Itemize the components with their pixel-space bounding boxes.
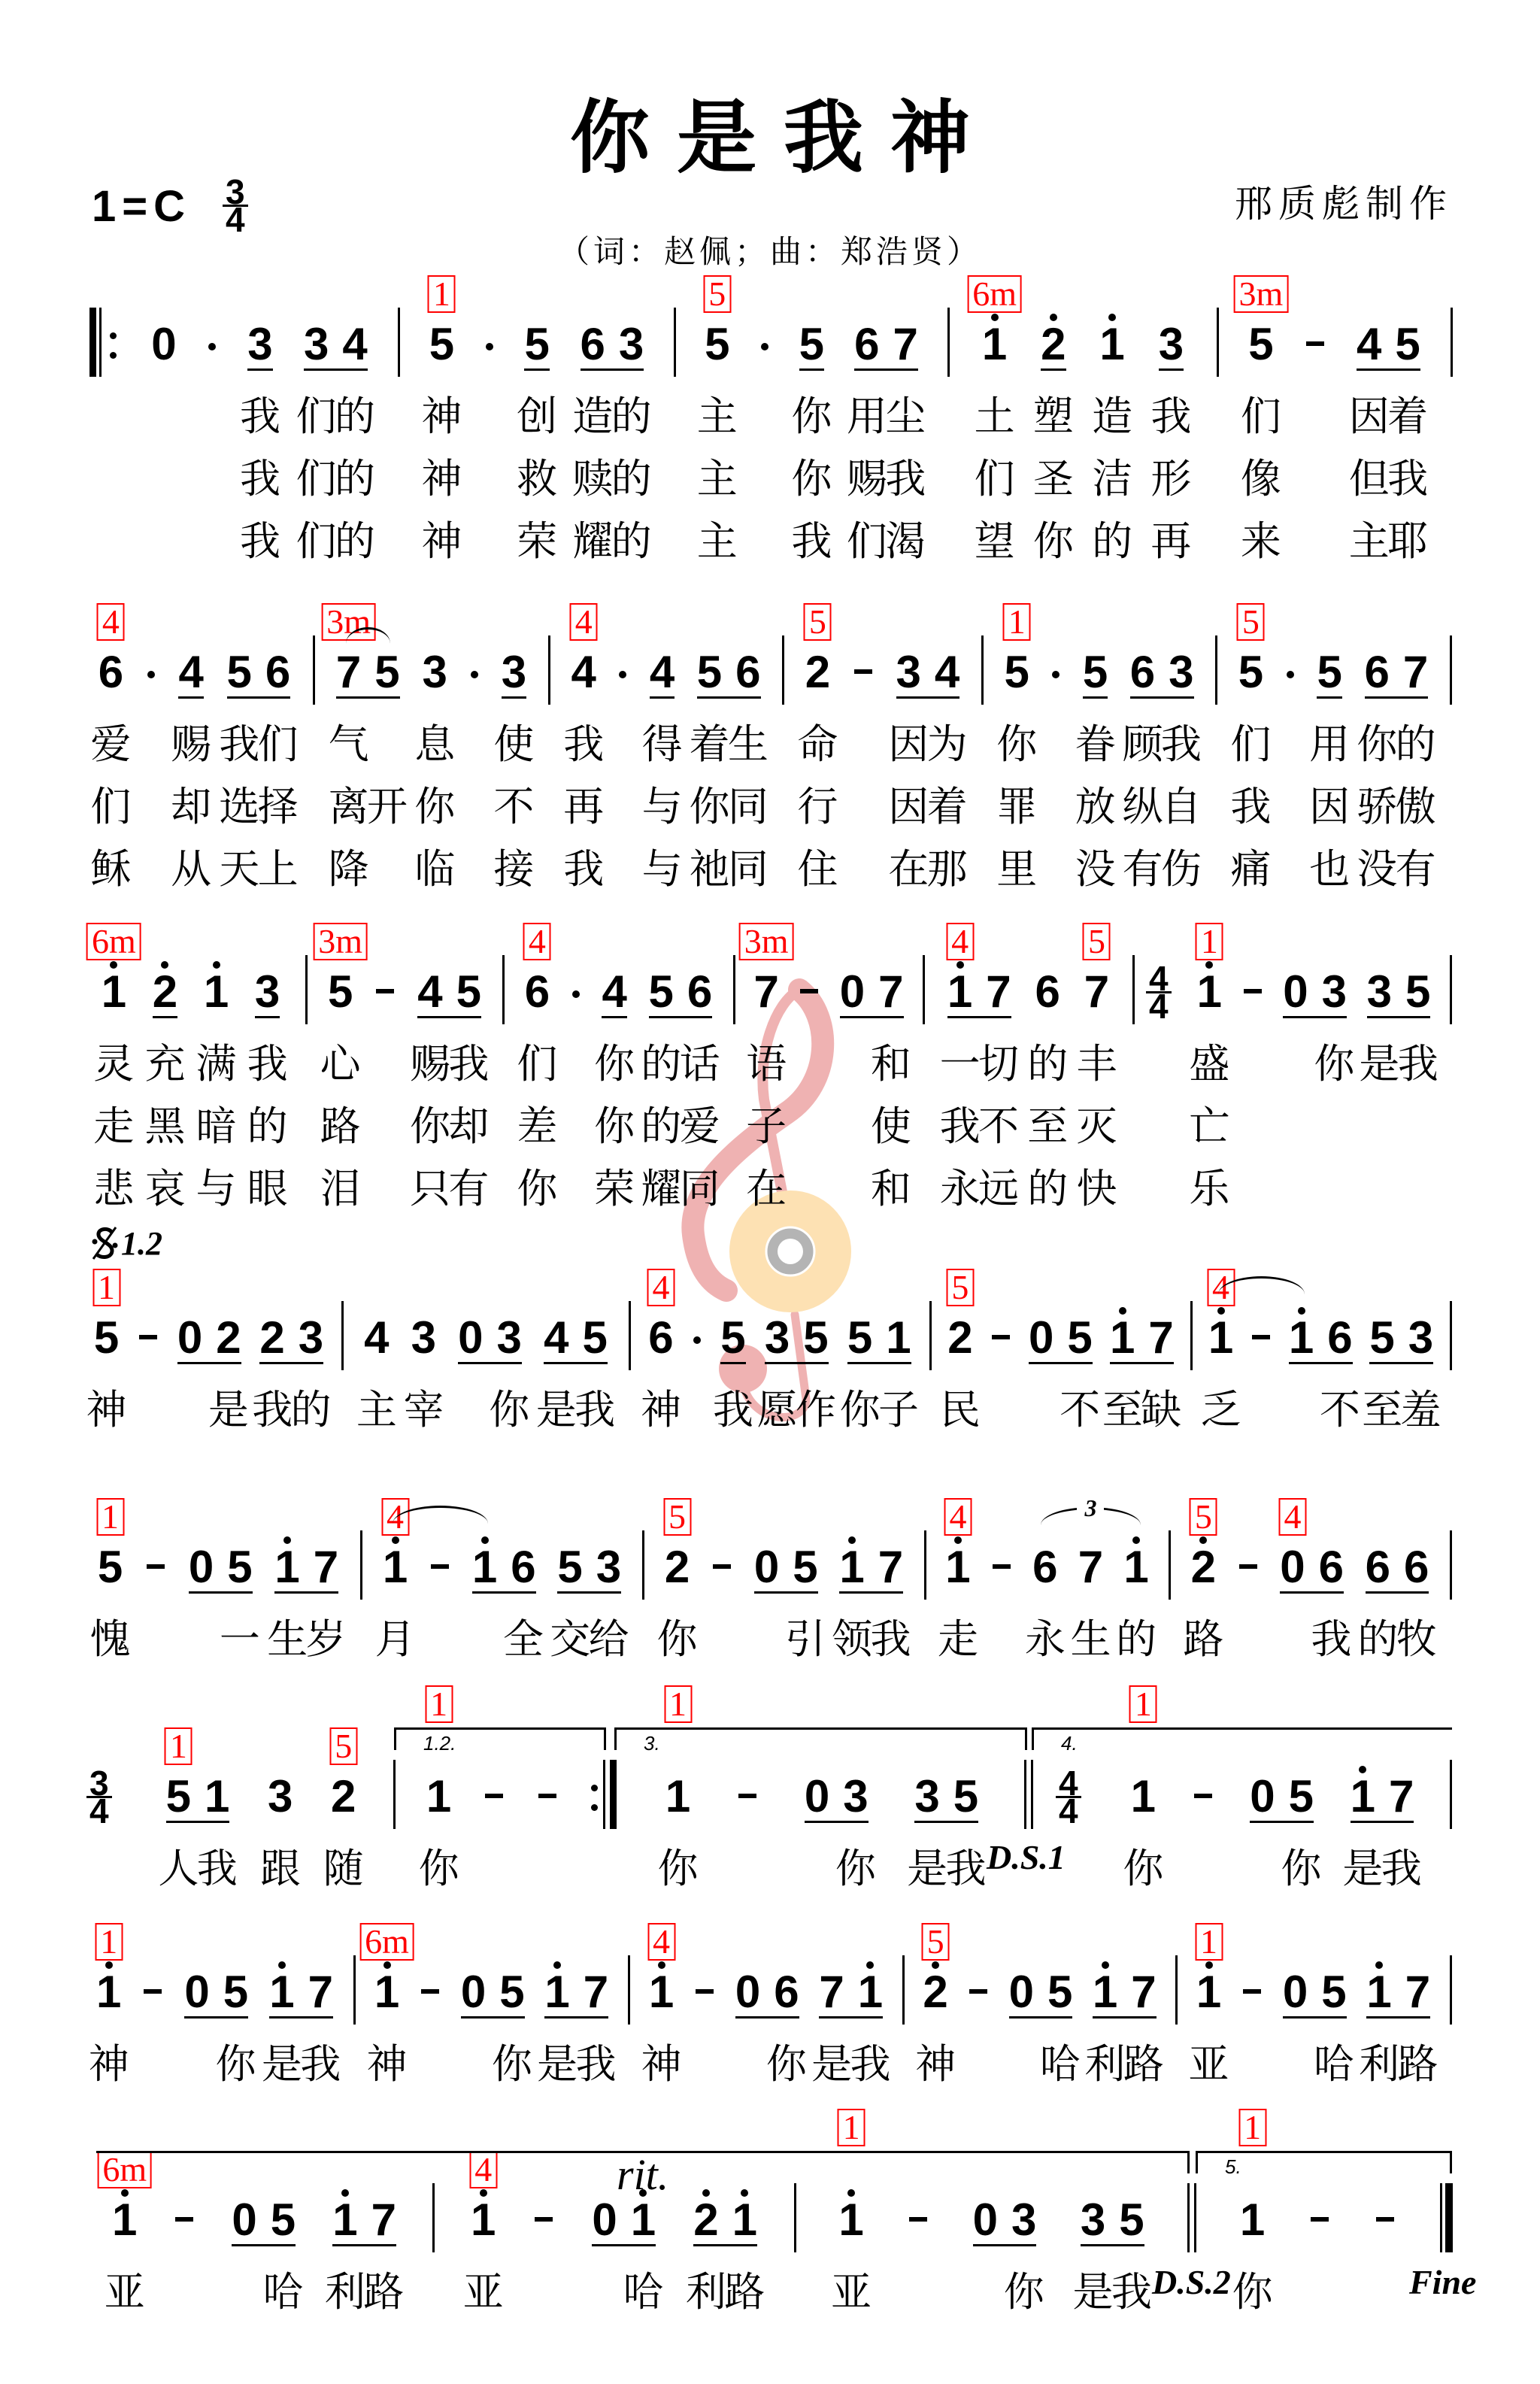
chord-box: 3m [1234,275,1289,313]
measure: 16m213 [948,322,1217,372]
lyric-char: 放 [1069,784,1122,830]
note: 5 [1395,322,1420,367]
note: 6 [774,1970,799,2015]
high-octave-dot [1132,1536,1140,1544]
note: 16m [102,969,126,1015]
ending-label: 5. [1225,2157,1241,2176]
high-octave-dot [213,961,220,969]
beam-group: 147 [947,969,1011,1018]
note: 5 [557,1545,582,1590]
note: 11 [96,1970,121,2015]
lyric-char: 眼 [241,1166,294,1212]
augmentation-dot [208,322,217,367]
high-octave-dot [1050,314,1057,321]
measure: 110517 [1094,1774,1451,1824]
measure: 16m0517 [75,2197,433,2247]
beam-group: 73m5 [336,650,400,699]
note: 5 [1119,2197,1144,2243]
note: 2 [693,2197,718,2243]
note: 5 [1289,1774,1314,1819]
chord-box: 1 [92,1269,120,1306]
note: 3 [619,322,644,367]
barline [1451,308,1453,377]
note: 11 [1197,969,1222,1015]
lyric-char: 路 [1177,1616,1229,1663]
note: 4 [417,969,442,1015]
beam-group: 4 [602,969,626,1018]
note: 55 [705,322,729,367]
note: 7 [314,1545,338,1590]
high-octave-dot [866,1961,874,1969]
time-signature: 44 [1054,1770,1083,1824]
beam-group: 046 [1280,1545,1344,1594]
measure: 2504666 [1169,1545,1451,1594]
lyric-char: 乐 [1183,1166,1235,1212]
dash [1309,2197,1330,2243]
ritardando-mark: rit. [617,2153,668,2197]
lyric-char: 赐 [165,721,217,768]
lyric-char: 生 [1064,1616,1117,1663]
dash [991,1545,1012,1590]
chord-box: 5 [663,1498,691,1536]
lyric-char: 路 [314,1103,367,1150]
dash [737,1774,758,1819]
lyric-char: 我 [1392,1041,1445,1087]
final-barline [1440,2183,1442,2252]
high-octave-dot [848,1536,856,1544]
chord-box: 4 [570,603,598,641]
beam-group: 01 [592,2197,656,2246]
rest: 0 [458,1315,483,1360]
lyric-char: 与 [636,846,689,893]
lyric-char: 的 [605,518,658,565]
dash [138,1315,159,1360]
measure: 14671 [925,1545,1169,1594]
high-octave-dot [161,961,168,969]
rest: 0 [840,969,865,1015]
note: 6 [1032,1545,1057,1590]
chord-box: 6m [86,923,141,960]
lyric-char: 为 [921,721,974,768]
ending-bracket: 3. [614,1727,1027,1750]
lyric-char: 神 [635,2041,688,2088]
lyric-char: 同 [722,846,775,893]
measure: 110335 [619,1774,1025,1824]
lyric-char: 有 [1390,846,1442,893]
high-octave-dot [278,1961,286,1969]
note: 16m [374,1970,399,2015]
note: 2 [259,1315,284,1360]
lyric-char: 宰 [397,1387,450,1433]
beam-group: 17 [332,2197,396,2246]
note: 5 [953,1774,978,1819]
lyric-char: 有 [442,1166,495,1212]
measure: 510517 [75,1545,361,1594]
lyric-char: 上 [252,846,305,893]
high-octave-dot [741,2189,748,2197]
note: 3 [304,322,329,367]
note: 44 [571,650,596,695]
lyric-char: 你 [408,784,461,830]
beam-group: 21 [693,2197,757,2246]
note: 3 [502,650,526,695]
lyric-char: 我 [569,2041,622,2088]
time-signature: 34 [85,1770,114,1824]
note: 3 [596,1545,621,1590]
dash [908,2197,929,2243]
chord-box: 1 [95,1923,123,1961]
chord-box: 5 [1190,1498,1217,1536]
lyric-char: 住 [791,846,844,893]
lyric-char: 你 [652,1846,705,1892]
beam-group: 34 [304,322,368,371]
note: 14 [945,1545,970,1590]
ending-label: 1.2. [423,1733,456,1753]
lyric-char: 充 [138,1041,191,1087]
repeat-end-barline [603,1760,605,1829]
lyric-char: 与 [190,1166,243,1212]
high-octave-dot [105,1961,113,1969]
rest: 0 [735,1970,760,2015]
measure: 73m533 [314,650,549,699]
dash [1193,1774,1214,1819]
note: 6 [1130,650,1155,695]
measure: 0334 [120,322,399,372]
note: 25 [947,1315,972,1360]
lyric-char: 你 [588,1041,641,1087]
beam-group: 5 [720,1315,745,1364]
note: 3 [765,1315,790,1360]
lyric-char: 里 [990,846,1043,893]
barline [1450,1530,1452,1600]
note: 11 [665,1774,690,1819]
note: 3 [268,1774,293,1819]
lyric-char: 岁 [299,1616,352,1663]
lyric-char: 择 [252,784,305,830]
note: 3 [247,322,272,367]
lyric-char: 我 [234,393,286,440]
lyric-char: 我 [844,2041,896,2088]
lyric-char: 你 [785,456,838,502]
lyric-char: 没 [1069,846,1122,893]
lyric-char: 我 [442,1041,495,1087]
lyric-char: 我 [864,1616,917,1663]
note: 7 [986,969,1011,1015]
chord-box: 1 [1003,603,1031,641]
repeat-dot [591,1804,598,1811]
lyric-char: 荣 [588,1166,641,1212]
note: 5 [847,1315,872,1360]
lyric-char: 你 [483,1387,535,1433]
lyric-char: 息 [408,721,461,768]
lyric-char: 再 [1144,518,1197,565]
chord-box: 1 [1238,2109,1266,2146]
note: 3 [423,650,447,695]
lyric-char: 你 [1275,1846,1327,1892]
measure: 110517 [1176,1970,1451,2019]
lyric-char: 傲 [1390,784,1442,830]
note: 1 [1099,322,1124,367]
high-octave-dot [932,1961,939,1969]
lyric-char: 的 [605,456,658,502]
beam-group: 3 [502,650,526,699]
lyric-char: 和 [865,1166,917,1212]
note: 2 [153,969,177,1015]
song-title: 你是我神 [0,93,1540,184]
lyric-char: 们 [1235,393,1287,440]
lyric-char: 像 [1235,456,1287,502]
note: 11 [1131,1774,1156,1819]
measure: 53m45 [1217,322,1451,372]
double-barline [1031,1760,1033,1829]
rest: 0 [973,2197,998,2243]
lyric-char: 的 [329,518,381,565]
note: 16m [112,2197,137,2243]
lyric-char: 却 [442,1103,495,1150]
measure: 16m0517 [354,1970,629,2019]
lyric-char: 你 [651,1616,704,1663]
lyric-char: 命 [791,721,844,768]
chord-box: 1 [838,2109,865,2146]
lyric-char: 哈 [617,2269,669,2316]
measure: 55567 [675,322,948,372]
note: 7 [371,2197,396,2243]
beam-group: 05 [1283,1970,1347,2019]
note: 1 [1123,1545,1148,1590]
beam-group: 56 [697,650,761,699]
note: 11 [1240,2197,1265,2243]
lyric-char: 伤 [1155,846,1208,893]
repeat-end-barline [610,1760,617,1829]
lyric-char: 我 [939,1846,992,1892]
beam-group: 05 [1250,1774,1314,1823]
note: 4 [544,1315,568,1360]
note: 5 [456,969,481,1015]
lyric-char: 子 [740,1103,793,1150]
rest: 0 [1029,1315,1053,1360]
note: 5 [223,1970,248,2015]
lyric-char: 的 [1021,1041,1074,1087]
note: 3 [497,1315,522,1360]
lyric-char: 用 [1303,721,1356,768]
lyric-char: 灭 [1070,1103,1123,1150]
note: 5 [1317,650,1341,695]
dash [1375,2197,1396,2243]
lyric-char: 一 [214,1616,266,1663]
augmentation-dot [1286,650,1295,695]
note: 14 [471,2197,496,2243]
lyric-char: 得 [636,721,689,768]
barline [1450,1955,1452,2025]
lyric-char: 爱 [674,1103,726,1150]
note: 5 [582,1315,607,1360]
dash [174,2197,195,2243]
lyric-char: 远 [972,1166,1025,1212]
lyric-char: 悲 [87,1166,140,1212]
high-octave-dot [480,2189,487,2197]
beam-group: 16 [1289,1315,1353,1364]
high-octave-dot [110,961,117,969]
chord-box: 4 [944,1498,972,1536]
note: 5 [1067,1315,1092,1360]
lyric-char: 与 [636,784,689,830]
note: 6 [735,650,760,695]
note: 4 [342,322,367,367]
chord-box: 4 [647,1923,675,1961]
lyric-char: 你 [990,721,1043,768]
lyric-char: 和 [865,1041,917,1087]
rest: 0 [461,1970,486,2015]
dash [1250,1315,1272,1360]
segno-icon [89,1225,120,1265]
lyric-char: 路 [718,2269,771,2316]
lyric-char: 我 [879,456,932,502]
rest: 0 [1009,1970,1034,2015]
note: 25 [665,1545,690,1590]
beam-group: 05 [1009,1970,1073,2019]
high-octave-dot [1199,1536,1207,1544]
lyric-char: 我 [234,456,286,502]
lyric-char: 造 [1086,393,1138,440]
note: 1 [732,2197,757,2243]
dash [484,1774,505,1819]
lyric-char: 的 [1021,1166,1074,1212]
lyric-char: 你 [829,1846,882,1892]
note: 1 [1366,1970,1391,2015]
augmentation-dot [571,969,581,1015]
lyric-char: 的 [329,393,381,440]
beam-group: 03 [1283,969,1347,1018]
rest: 0 [151,322,176,367]
beam-group: 35 [1081,2197,1144,2246]
lyric-char: 你 [511,1166,563,1212]
note: 7 [584,1970,608,2015]
measure: 250517 [903,1970,1176,2019]
beam-group: 5 [1083,650,1108,699]
high-octave-dot [383,1961,391,1969]
measure: 64456 [503,969,734,1019]
dash [420,1970,441,2015]
measure: 11 [394,1774,590,1824]
augmentation-dot [470,650,479,695]
rest: 0 [1250,1774,1275,1819]
high-octave-dot [1108,314,1116,321]
lyric-char: 在 [740,1166,793,1212]
note: 7 [1403,650,1428,695]
rest: 0 [184,1970,209,2015]
note: 5 [227,650,252,695]
beam-group: 63 [1130,650,1194,699]
lyric-char: 形 [1144,456,1197,502]
high-octave-dot [1205,1961,1213,1969]
time-signature-bottom: 4 [1149,993,1169,1019]
note: 3 [896,650,921,695]
lyric-char: 我 [1381,456,1434,502]
note: 7 [878,1545,903,1590]
high-octave-dot [658,1961,665,1969]
note: 1 [1110,1315,1135,1360]
note: 1 [1289,1315,1314,1360]
note: 7 [1405,1970,1430,2015]
lyric-char: 亚 [825,2269,878,2316]
barline [1450,1760,1452,1829]
lyric-char: 我 [1105,2269,1158,2316]
beam-group: 17 [1093,1970,1157,2019]
beam-group: 67 [1365,650,1429,699]
double-barline [1024,1760,1026,1829]
note: 1 [839,1545,864,1590]
note: 1 [204,969,229,1015]
ending-label: 4. [1061,1733,1078,1753]
ending-bracket: 1.2. [394,1727,606,1750]
rest: 0 [754,1545,779,1590]
lyric-char: 我 [557,721,610,768]
note: 3 [255,969,280,1015]
chord-box: 1 [96,1498,124,1536]
lyric-char: 自 [1155,784,1208,830]
dash [799,969,820,1015]
beam-group: 05 [1029,1315,1093,1364]
lyric-char: 那 [921,846,974,893]
chord-box: 4 [97,603,125,641]
lyric-char: 神 [415,518,468,565]
note: 7 [1131,1970,1156,2015]
chord-box: 1 [1196,923,1223,960]
lyric-char: 永 [1019,1616,1072,1663]
lyric-char: 气 [323,721,375,768]
chord-box: 5 [946,1269,974,1306]
high-octave-dot [954,1536,962,1544]
measure: 140671 [629,1970,903,2019]
measure: 51563 [982,650,1216,699]
note: 16m [982,322,1007,367]
dash [968,1970,989,2015]
lyric-char: 降 [323,846,375,893]
measure: 110517 [75,1970,354,2019]
lyric-char: 黑 [138,1103,191,1150]
lyric-char: 开 [361,784,414,830]
measure: 110335 [795,2197,1188,2247]
dash [429,1545,450,1590]
note: 1 [1351,1774,1375,1819]
dash [711,1545,732,1590]
time-signature-bottom: 4 [1059,1798,1078,1824]
note: 5 [271,2197,296,2243]
beam-group: 35 [765,1315,829,1364]
chord-box: 1 [428,275,456,313]
note: 3 [299,1315,323,1360]
note: 4 [602,969,626,1015]
note: 6 [1319,1545,1344,1590]
lyric-char: 子 [872,1387,925,1433]
lyric-char: 神 [635,1387,687,1433]
lyric-char: 不 [487,784,540,830]
lyric-char: 神 [361,2041,414,2088]
note: 4 [364,1315,389,1360]
note: 75 [1084,969,1109,1015]
augmentation-dot [485,322,494,367]
lyric-char: 再 [557,784,610,830]
chord-box: 6m [359,1923,414,1961]
note: 5 [1047,1970,1072,2015]
note: 3 [1169,650,1193,695]
lyric-char: 洁 [1086,456,1138,502]
triplet-label: 3 [1077,1496,1104,1520]
note: 1 [858,1970,883,2015]
chord-box: 6m [967,275,1022,313]
high-octave-dot [283,1536,291,1544]
dash [990,1315,1011,1360]
